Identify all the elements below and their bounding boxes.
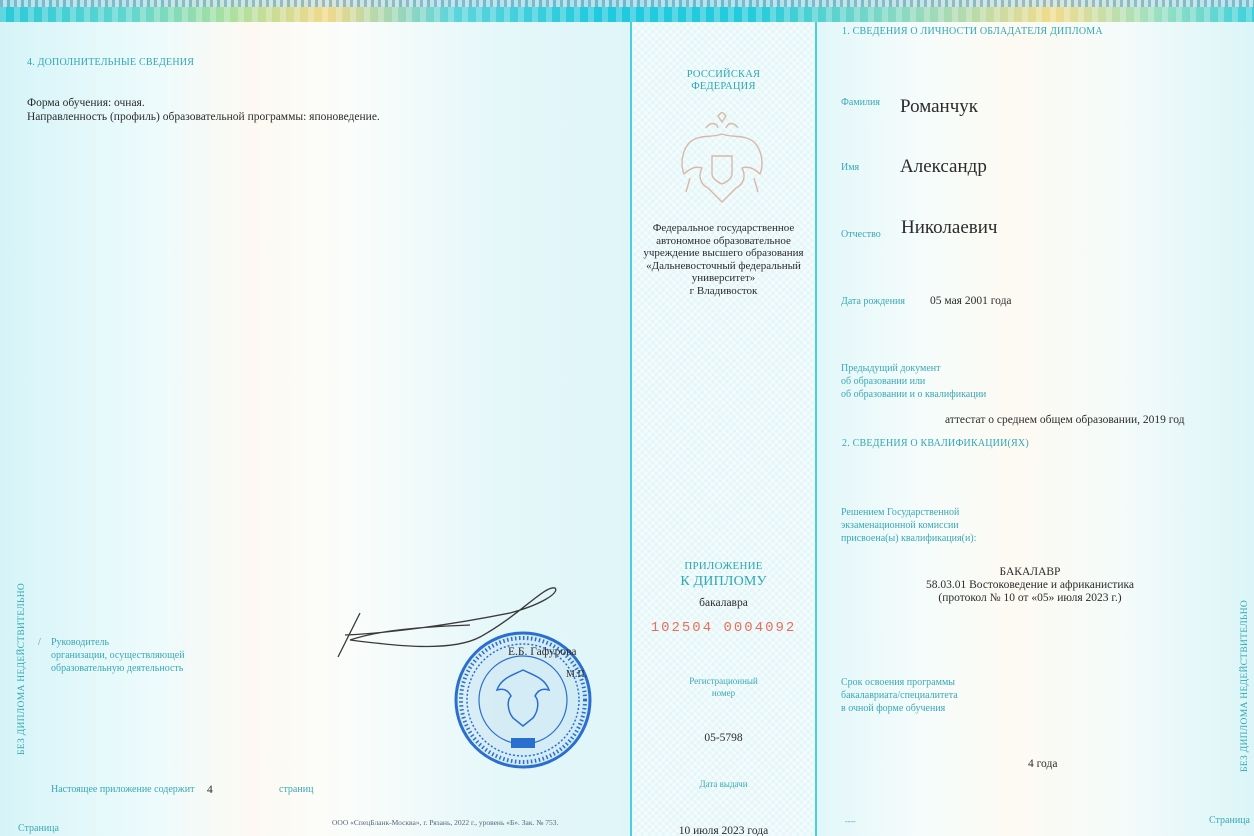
- side-warning-right: БЕЗ ДИПЛОМА НЕДЕЙСТВИТЕЛЬНО: [1240, 600, 1250, 772]
- pages-count: 4: [207, 784, 213, 796]
- side-warning-left: БЕЗ ДИПЛОМА НЕДЕЙСТВИТЕЛЬНО: [17, 583, 27, 755]
- signatory-name: Е.Б. Гафурова: [508, 646, 577, 658]
- section-4-title: 4. ДОПОЛНИТЕЛЬНЫЕ СВЕДЕНИЯ: [27, 57, 194, 68]
- study-form-line: Форма обучения: очная.: [27, 96, 380, 110]
- appendix-title-1: ПРИЛОЖЕНИЕ: [632, 560, 815, 572]
- program-value: 58.03.01 Востоковедение и африканистика: [900, 579, 1160, 592]
- stamp-mark: М.П.: [566, 669, 587, 680]
- reg-number: 05-5798: [632, 732, 815, 744]
- country-title: РОССИЙСКАЯ ФЕДЕРАЦИЯ: [632, 69, 815, 93]
- appendix-title-2: К ДИПЛОМУ: [632, 574, 815, 590]
- name-label: Имя: [841, 161, 859, 174]
- page-label-right: Страница: [1209, 814, 1250, 827]
- coat-of-arms-icon: [676, 112, 768, 208]
- qualification-block: БАКАЛАВР 58.03.01 Востоковедение и африк…: [900, 566, 1160, 605]
- section-1-title: 1. СВЕДЕНИЯ О ЛИЧНОСТИ ОБЛАДАТЕЛЯ ДИПЛОМ…: [842, 26, 1103, 37]
- institution-name: Федеральное государственное автономное о…: [632, 222, 815, 297]
- prev-doc-value: аттестат о среднем общем образовании, 20…: [945, 414, 1184, 426]
- duration-value: 4 года: [1028, 758, 1057, 770]
- decision-label: Решением Государственной экзаменационной…: [841, 506, 976, 545]
- dob-value: 05 мая 2001 года: [930, 295, 1012, 307]
- page-label-left: Страница: [18, 822, 59, 835]
- name-value: Александр: [900, 156, 987, 178]
- protocol-value: (протокол № 10 от «05» июля 2023 г.): [900, 592, 1160, 605]
- additional-info: Форма обучения: очная. Направленность (п…: [27, 96, 380, 124]
- patronymic-value: Николаевич: [901, 217, 997, 239]
- pages-label: Настоящее приложение содержит: [51, 783, 194, 796]
- slash-mark: /: [38, 636, 41, 649]
- duration-label: Срок освоения программы бакалавриата/спе…: [841, 676, 958, 715]
- prev-doc-label: Предыдущий документ об образовании или о…: [841, 362, 986, 401]
- degree-level: бакалавра: [632, 597, 815, 609]
- pages-suffix: страниц: [279, 783, 313, 796]
- surname-value: Романчук: [900, 96, 978, 118]
- issue-label: Дата выдачи: [632, 778, 815, 791]
- profile-line: Направленность (профиль) образовательной…: [27, 110, 380, 124]
- issue-date: 10 июля 2023 года: [632, 825, 815, 836]
- page-mark-right: ----: [845, 815, 856, 828]
- qualification-value: БАКАЛАВР: [900, 566, 1160, 579]
- patronymic-label: Отчество: [841, 228, 881, 241]
- serial-number: 102504 0004092: [632, 620, 815, 636]
- printer-info: ООО «СпецБланк-Москва», г. Рязань, 2022 …: [332, 818, 558, 827]
- dob-label: Дата рождения: [841, 295, 905, 308]
- security-pattern-band: [0, 0, 1254, 22]
- surname-label: Фамилия: [841, 96, 880, 109]
- reg-label: Регистрационный номер: [632, 675, 815, 699]
- section-2-title: 2. СВЕДЕНИЯ О КВАЛИФИКАЦИИ(ЯХ): [842, 438, 1029, 449]
- head-label: Руководитель организации, осуществляющей…: [51, 636, 185, 675]
